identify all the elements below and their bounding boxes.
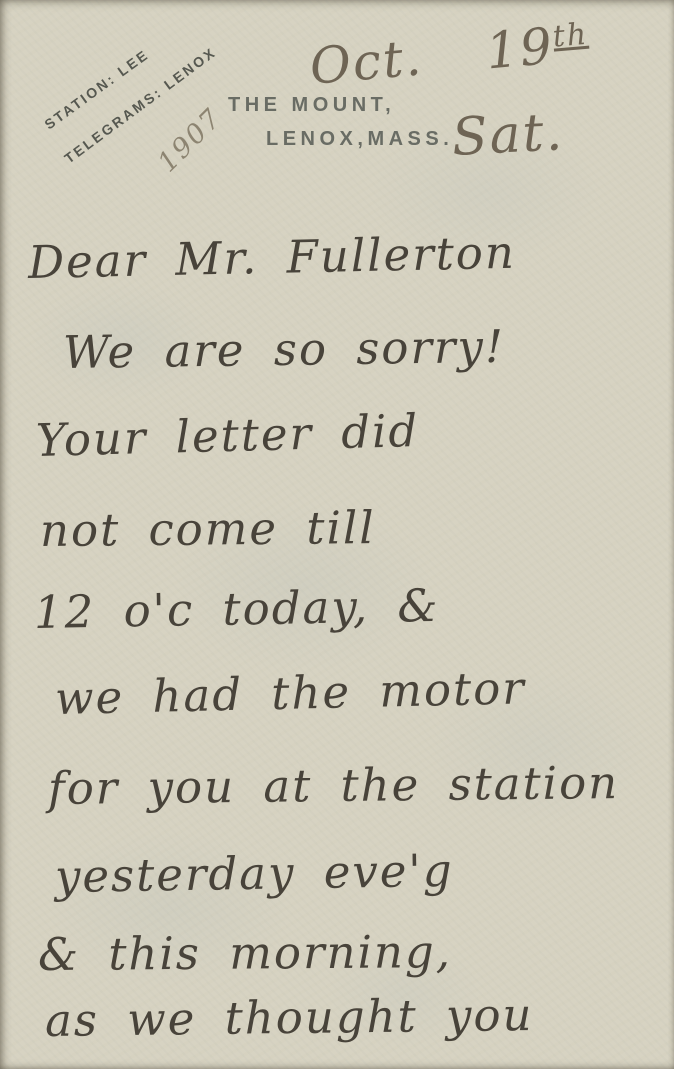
handwriting-line-10: as we thought you [45,988,534,1047]
handwriting-line-2: We are so sorry! [63,320,506,379]
handwriting-line-8: yesterday eve'g [55,844,454,903]
handwritten-weekday: Sat. [450,102,565,168]
handwriting-line-4: not come till [40,501,376,557]
letterhead-house-name: THE MOUNT, [228,94,453,117]
handwriting-line-3: Your letter did [35,404,420,467]
handwriting-line-9: & this morning, [38,925,452,981]
handwriting-line-5: 12 o'c today, & [34,579,440,639]
letter-page: STATION: LEE TELEGRAMS: LENOX 1907 THE M… [0,0,674,1069]
letterhead-station-line: STATION: LEE [41,46,152,133]
handwriting-line-1: Dear Mr. Fullerton [27,226,516,289]
letterhead-place: LENOX,MASS. [266,128,453,151]
handwritten-date: Oct. 19th [307,14,591,96]
date-ordinal: th [551,17,589,55]
date-month: Oct. [307,28,425,96]
handwriting-line-7: for you at the station [48,756,620,815]
date-day: 19 [484,17,556,81]
pencil-year-annotation: 1907 [152,102,228,178]
letterhead-address: THE MOUNT, LENOX,MASS. [228,94,453,151]
handwriting-line-6: we had the motor [54,661,526,725]
